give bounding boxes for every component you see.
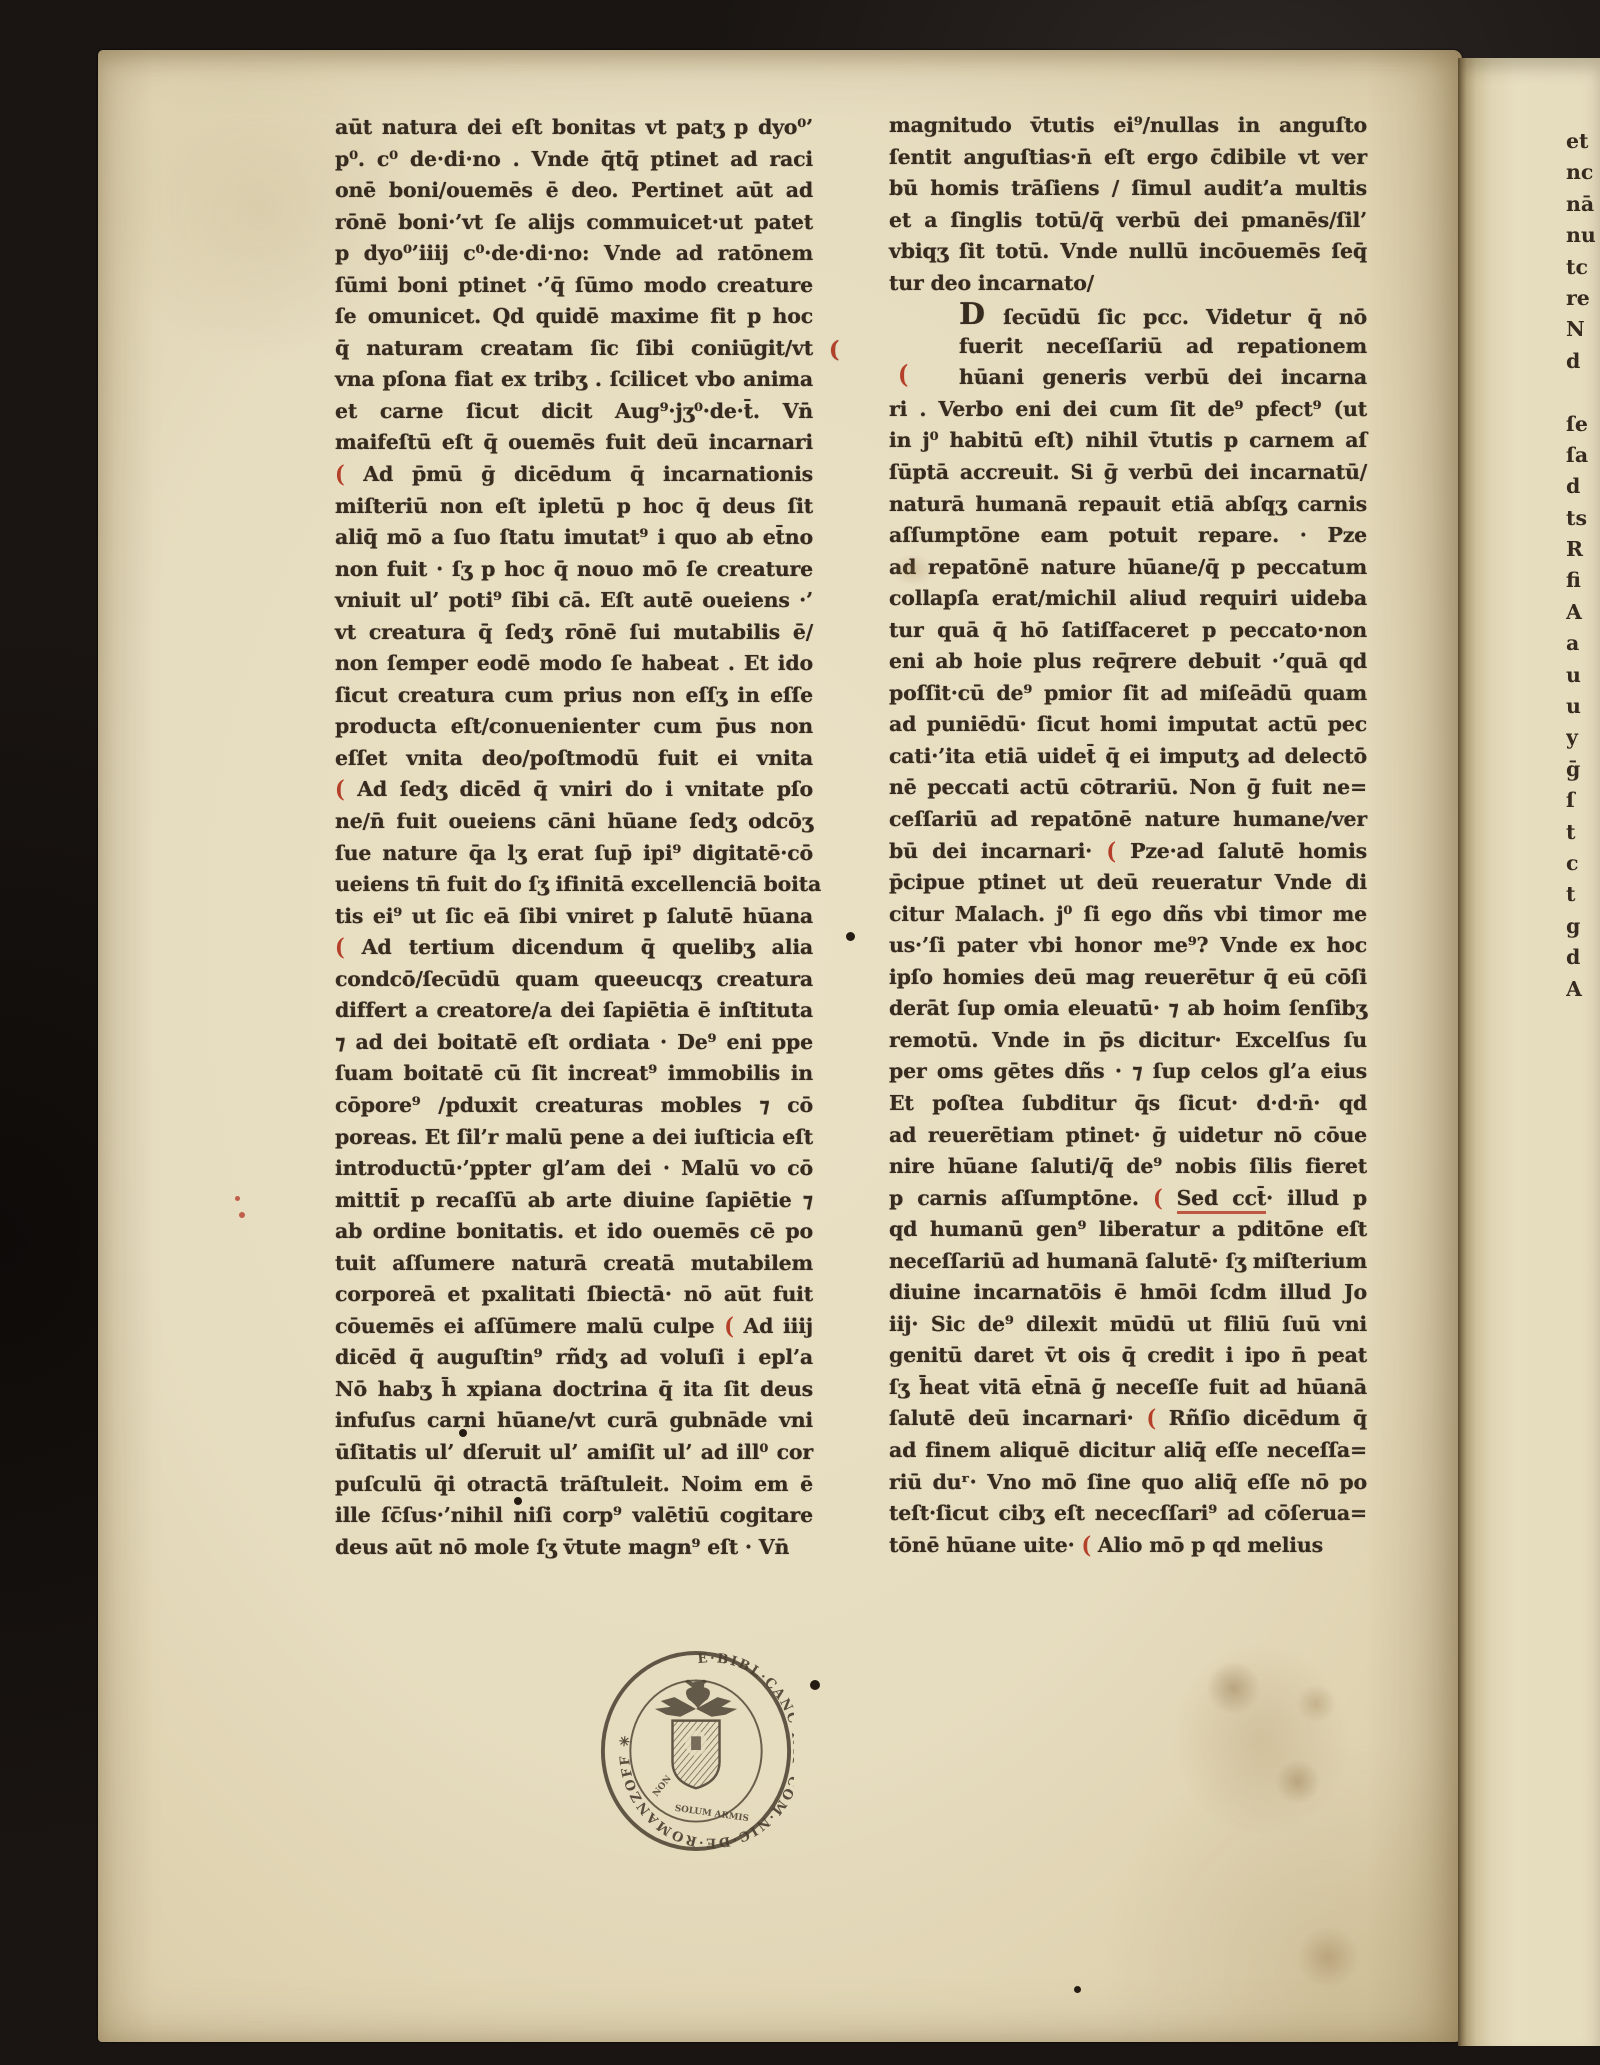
red-speck: [239, 1212, 245, 1218]
partial-letter: ſ: [1566, 785, 1600, 816]
text-line: ueiens tn̄ fuit do ſʒ ifinitā excellenci…: [335, 869, 813, 901]
text-line: introductū·’ppter gl’am dei · Malū vo cō: [335, 1153, 813, 1185]
text-line: eſſet vnita deo/poſtmodū fuit ei vnita: [335, 743, 813, 775]
text-column-right: magnitudo v̄tutis ei⁹/nullas in anguſtoſ…: [889, 110, 1367, 1561]
partial-letter: A: [1566, 597, 1600, 628]
library-stamp-romanzoff: E·BIBL·CANC·IMP·COM·NIC·DE·ROMANZOFF ✳ N…: [598, 1648, 794, 1854]
partial-letter: nā: [1566, 189, 1600, 220]
partial-letter: N: [1566, 314, 1600, 345]
partial-letter: R: [1566, 534, 1600, 565]
text-line: ūſitatis ul’ dſeruit ul’ amiſit ul’ ad i…: [335, 1437, 813, 1469]
partial-letter: c: [1566, 848, 1600, 879]
partial-letter: [1566, 377, 1600, 408]
text-line: us·’ſi pater vbi honor me⁹? Vnde ex hoc: [889, 930, 1367, 962]
partial-letter: ſa: [1566, 440, 1600, 471]
stamp-motto-left: NON: [651, 1774, 674, 1799]
text-line: rōnē boni·’vt ſe alijs commuicet·ut pate…: [335, 207, 813, 239]
text-line: in j⁰ habitū eſt) nihil v̄tutis p carnem…: [889, 425, 1367, 457]
text-line: ſʒ h̄eat vitā et̄nā ḡ neceſſe fuit ad hū…: [889, 1372, 1367, 1404]
partial-letter: u: [1566, 691, 1600, 722]
text-line: teſt·ſicut cibʒ eſt nececſſari⁹ ad cōſer…: [889, 1498, 1367, 1530]
text-line: nire hūane ſaluti/q̄ de⁹ nobis ſilis fie…: [889, 1151, 1367, 1183]
text-line: D ſecūdū ſic pcc. Videtur q̄ nō: [889, 299, 1367, 331]
partial-letter: nc: [1566, 157, 1600, 188]
text-line: (fuerit neceſſariū ad repationem: [889, 331, 1367, 363]
text-line: non ſemper eodē modo ſe habeat . Et ido: [335, 648, 813, 680]
text-line: Nō habʒ h̄ xpiana doctrina q̄ ita ſit de…: [335, 1374, 813, 1406]
partial-letter: A: [1566, 974, 1600, 1005]
text-line: citur Malach. j⁰ ſi ego dñs vbi timor me: [889, 899, 1367, 931]
text-line: riū duʳ· Vno mō ſine quo aliq̄ eſſe nō p…: [889, 1467, 1367, 1499]
text-line: ſue nature q̄a lʒ erat ſup̄ ipi⁹ digitat…: [335, 838, 813, 870]
partial-letter: d: [1566, 346, 1600, 377]
text-line: ⁊ ad dei boitatē eſt ordiata · De⁹ eni p…: [335, 1027, 813, 1059]
ink-dot: [459, 1429, 467, 1437]
partial-letter: g: [1566, 911, 1600, 942]
text-line: derāt ſup omia eleuatū· ⁊ ab hoim ſenſib…: [889, 993, 1367, 1025]
text-line: ſūptā accreuit. Si ḡ verbū dei incarnatū…: [889, 457, 1367, 489]
partial-letter: re: [1566, 283, 1600, 314]
text-line: ri . Verbo eni dei cum ſit de⁹ pfect⁹ (u…: [889, 394, 1367, 426]
text-line: aliq̄ mō a ſuo ſtatu imutat⁹ i quo ab et…: [335, 522, 813, 554]
text-line: vt creatura q̄ ſedʒ rōnē ſui mutabilis ē…: [335, 617, 813, 649]
text-line: q̄ naturam creatam ſic ſibi coniūgit/vt: [335, 333, 813, 365]
text-line: infuſus carni hūane/vt curā gubnāde vni: [335, 1405, 813, 1437]
partial-letter: ſe: [1566, 409, 1600, 440]
text-line: onē boni/ouemēs ē deo. Pertinet aūt ad: [335, 175, 813, 207]
text-line: tur deo incarnato/: [889, 268, 1367, 300]
text-line: et carne ſicut dicit Aug⁹·jʒ⁰·de·t̄. Vn̄: [335, 396, 813, 428]
text-line: nē peccati actū cōtrariū. Non ḡ fuit ne=: [889, 772, 1367, 804]
text-line: non fuit · ſʒ p hoc q̄ nouo mō ſe creatu…: [335, 554, 813, 586]
text-line: deus aūt nō mole ſʒ v̄tute magn⁹ eſt · V…: [335, 1532, 813, 1564]
ink-dot: [514, 1497, 522, 1505]
partial-letter: u: [1566, 660, 1600, 691]
partial-letter: t: [1566, 879, 1600, 910]
partial-letter: ts: [1566, 503, 1600, 534]
partial-letter: et: [1566, 126, 1600, 157]
text-line: collapſa erat/michil aliud requiri uideb…: [889, 583, 1367, 615]
text-line: aſſumptōne eam potuit repare. · Pze: [889, 520, 1367, 552]
text-line: condcō/ſecūdū quam queeucqʒ creatura: [335, 964, 813, 996]
text-line: ( Ad p̄mū ḡ dicēdum q̄ incarnationis: [335, 459, 813, 491]
text-line: ſalutē deū incarnari· ( Rñſio dicēdum q̄: [889, 1403, 1367, 1435]
partial-letter: fi: [1566, 565, 1600, 596]
text-line: ad puniēdū· ſicut homi imputat actū pec: [889, 709, 1367, 741]
text-line: cōpore⁹ /pduxit creaturas mobles ⁊ cō: [335, 1090, 813, 1122]
text-line: mittit̄ p recaſſū ab arte diuine ſapiēti…: [335, 1185, 813, 1217]
text-line: neceſſariū ad humanā ſalutē· ſʒ miſteriu…: [889, 1246, 1367, 1278]
text-line: vniuit ul’ poti⁹ ſibi cā. Eſt autē oueie…: [335, 585, 813, 617]
text-line: ſuam boitatē cū ſit increat⁹ immobilis i…: [335, 1058, 813, 1090]
text-line: ( Ad tertium dicendum q̄ quelibʒ alia: [335, 932, 813, 964]
book-page: aūt natura dei eſt bonitas vt patʒ p dyo…: [98, 50, 1462, 2042]
text-line: ( Ad ſedʒ dicēd q̄ vniri do i vnitate pſ…: [335, 774, 813, 806]
text-line: ſe omunicet. Qd quidē maxime fit p hoc: [335, 301, 813, 333]
text-line: remotū. Vnde in p̄s dicitur· Excelſus ſu: [889, 1025, 1367, 1057]
text-line: bū homis trāſiens / ſimul audit’a multis: [889, 173, 1367, 205]
text-line: naturā humanā repauit etiā abſqʒ carnis: [889, 489, 1367, 521]
partial-letter: tc: [1566, 252, 1600, 283]
text-line: tuit aſſumere naturā creatā mutabilem: [335, 1248, 813, 1280]
text-line: Et poſtea ſubditur q̄s ſicut· d·d·n̄· qd: [889, 1088, 1367, 1120]
text-line: ab ordine bonitatis. et ido ouemēs cē po: [335, 1216, 813, 1248]
red-speck: [235, 1196, 240, 1201]
stamp-shield: [672, 1721, 719, 1789]
text-line: ne/n̄ fuit oueiens cāni hūane ſedʒ odcōʒ: [335, 806, 813, 838]
text-line: ad finem aliquē dicitur aliq̄ eſſe neceſ…: [889, 1435, 1367, 1467]
partial-letters-strip: etncnānutcreNdſeſadtsRfiAauuyḡſtctgdA: [1566, 126, 1600, 1005]
text-line: magnitudo v̄tutis ei⁹/nullas in anguſto: [889, 110, 1367, 142]
text-line: vna pſona fiat ex tribʒ . ſcilicet vbo a…: [335, 364, 813, 396]
text-line: p⁰. c⁰ de·di·no . Vnde q̄tq̄ ptinet ad r…: [335, 144, 813, 176]
text-line: p carnis aſſumptōne. ( Sed cct̄· illud p: [889, 1183, 1367, 1215]
text-line: cati·’ita etiā uidet̄ q̄ ei imputʒ ad de…: [889, 741, 1367, 773]
double-eagle-crest: [655, 1679, 737, 1716]
text-line: genitū daret v̄t ois q̄ credit i ipo n̄ …: [889, 1340, 1367, 1372]
text-line: per oms gētes dñs · ⁊ ſup celos gl’a eiu…: [889, 1056, 1367, 1088]
text-line: hūani generis verbū dei incarna: [889, 362, 1367, 394]
rubrication-mark: (: [898, 360, 908, 390]
text-line: producta eſt/conuenienter cum p̄us non: [335, 711, 813, 743]
text-line: dicēd q̄ auguſtin⁹ rñdʒ ad voluſi i epl’…: [335, 1342, 813, 1374]
text-line: aūt natura dei eſt bonitas vt patʒ p dyo…: [335, 112, 813, 144]
text-line: diuine incarnatōis ē hmōi ſcdm illud Jo: [889, 1277, 1367, 1309]
photo-of-open-incunabulum: aūt natura dei eſt bonitas vt patʒ p dyo…: [0, 0, 1600, 2065]
text-line: puſculū q̄i otractā trāſtuleit. Noim em …: [335, 1469, 813, 1501]
partial-letter: nu: [1566, 220, 1600, 251]
text-line: p̄cipue ptinet ut deū reueratur Vnde di: [889, 867, 1367, 899]
text-line: iij· Sic de⁹ dilexit mūdū ut filiū ſuū v…: [889, 1309, 1367, 1341]
text-line: p dyo⁰’iiij c⁰·de·di·no: Vnde ad ratōnem: [335, 238, 813, 270]
text-line: poreas. Et ſil’r malū pene a dei iuſtici…: [335, 1122, 813, 1154]
foxing-stain: [1146, 1610, 1376, 1870]
text-line: maifeſtū eſt q̄ ouemēs fuit deū incarnar…: [335, 427, 813, 459]
text-line: miſteriū non eſt ipletū p hoc q̄ deus ſi…: [335, 491, 813, 523]
text-line: ceſſariū ad repatōnē nature humane/ver: [889, 804, 1367, 836]
text-line: ad repatōnē nature hūane/q̄ p peccatum: [889, 552, 1367, 584]
text-line: ſicut creatura cum prius non eſſʒ in eſſ…: [335, 680, 813, 712]
text-line: ſentit anguſtias·n̄ eſt ergo c̄dibile vt…: [889, 142, 1367, 174]
text-line: ipſo homies deū mag reuerētur q̄ eū cōſi: [889, 962, 1367, 994]
text-line: poſſit·cū de⁹ pmior ſit ad miſeādū quam: [889, 678, 1367, 710]
partial-letter: y: [1566, 722, 1600, 753]
partial-letter: ḡ: [1566, 754, 1600, 785]
text-line: tis ei⁹ ut ſic eā ſibi vniret p ſalutē h…: [335, 901, 813, 933]
partial-letter: t: [1566, 817, 1600, 848]
text-line: ille ſc̄ſus·’nihil niſi corp⁹ valētiū co…: [335, 1500, 813, 1532]
text-line: cōuemēs ei aſſūmere malū culpe ( Ad iiij: [335, 1311, 813, 1343]
text-line: ad reuerētiam ptinet· ḡ uidetur nō cōue: [889, 1120, 1367, 1152]
partial-letter: a: [1566, 628, 1600, 659]
partial-letter: d: [1566, 471, 1600, 502]
text-line: ſūmi boni ptinet ·’q̄ ſūmo modo creature: [335, 270, 813, 302]
ink-dot: [846, 932, 855, 941]
text-column-left: aūt natura dei eſt bonitas vt patʒ p dyo…: [335, 112, 813, 1563]
text-line: qd humanū gen⁹ liberatur a pditōne eſt: [889, 1214, 1367, 1246]
text-line: corporeā et pxalitati ſbiectā· nō aūt fu…: [335, 1279, 813, 1311]
foxing-stain: [1273, 1902, 1383, 2012]
text-line: et a ſinglis totū/q̄ verbū dei pmanēs/ſi…: [889, 205, 1367, 237]
text-line: tur quā q̄ hō ſatiſfaceret p peccato·non: [889, 615, 1367, 647]
text-line: differt a creatore/a dei ſapiētia ē inſt…: [335, 995, 813, 1027]
ink-dot: [810, 1680, 820, 1690]
text-line: tōnē hūane uite· ( Alio mō p qd melius: [889, 1530, 1367, 1562]
partial-letter: d: [1566, 942, 1600, 973]
text-line: eni ab hoie plus req̄rere debuit ·’quā q…: [889, 646, 1367, 678]
text-line: bū dei incarnari· ( Pze·ad ſalutē homis: [889, 836, 1367, 868]
adjacent-page-edge: etncnānutcreNdſeſadtsRfiAauuyḡſtctgdA: [1458, 58, 1600, 2046]
ink-dot: [1074, 1986, 1081, 1993]
text-line: vbiqʒ ſit totū. Vnde nullū incōuemēs ſeq…: [889, 236, 1367, 268]
